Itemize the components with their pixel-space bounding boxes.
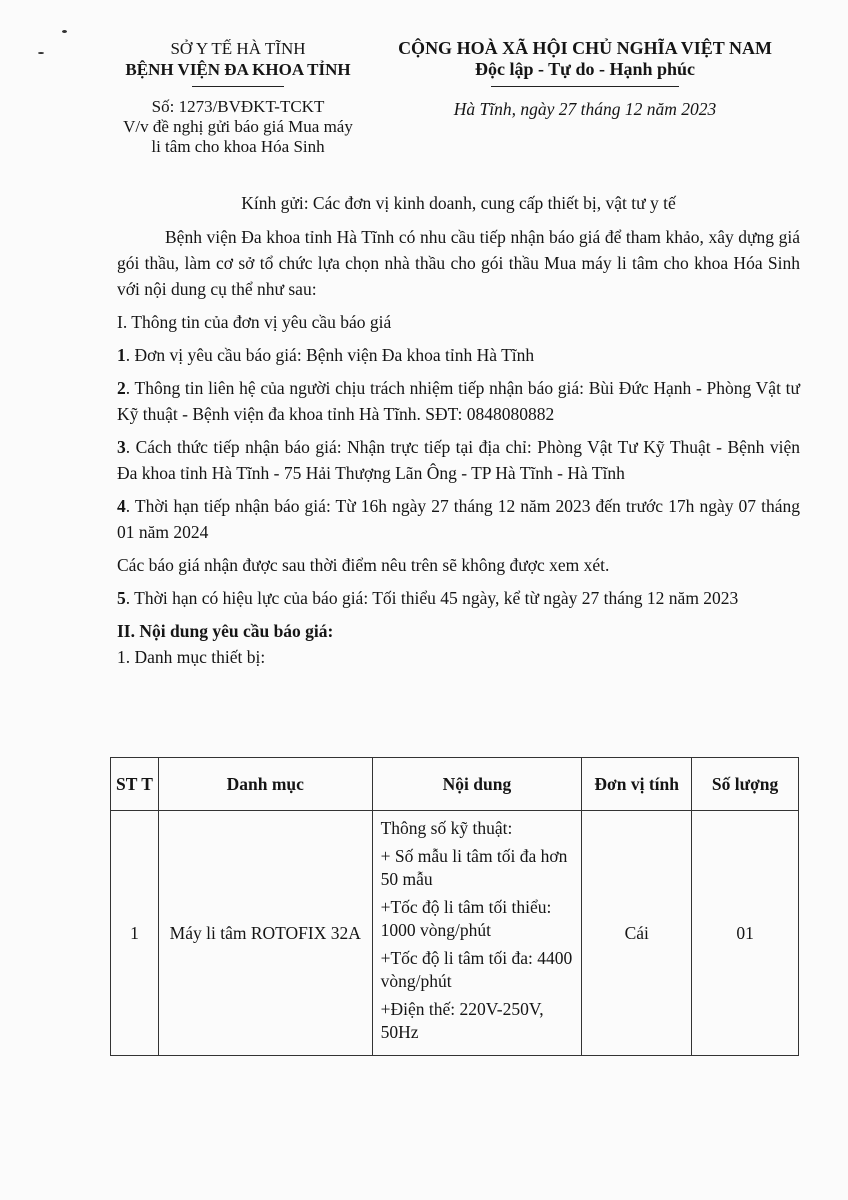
scan-speck <box>38 52 44 54</box>
document-page: SỞ Y TẾ HÀ TĨNH BỆNH VIỆN ĐA KHOA TỈNH S… <box>0 0 848 1200</box>
document-number: Số: 1273/BVĐKT-TCKT <box>108 97 368 117</box>
late-quote-note: Các báo giá nhận được sau thời điểm nêu … <box>117 552 800 578</box>
cell-category: Máy li tâm ROTOFIX 32A <box>158 811 372 1056</box>
national-header: CỘNG HOÀ XÃ HỘI CHỦ NGHĨA VIỆT NAM Độc l… <box>370 38 800 120</box>
document-body: Kính gửi: Các đơn vị kinh doanh, cung cấ… <box>117 190 800 670</box>
spec-line: +Tốc độ li tâm tối đa: 4400 vòng/phút <box>381 947 576 993</box>
hospital-name: BỆNH VIỆN ĐA KHOA TỈNH <box>108 59 368 80</box>
issuer-block: SỞ Y TẾ HÀ TĨNH BỆNH VIỆN ĐA KHOA TỈNH S… <box>108 38 368 157</box>
spec-line: Thông số kỹ thuật: <box>381 817 576 840</box>
subject-line-1: V/v đề nghị gửi báo giá Mua máy <box>108 117 368 137</box>
scan-speck <box>62 30 67 33</box>
spec-line: + Số mẫu li tâm tối đa hơn 50 mẫu <box>381 845 576 891</box>
nation-title: CỘNG HOÀ XÃ HỘI CHỦ NGHĨA VIỆT NAM <box>370 38 800 59</box>
header-unit: Đơn vị tính <box>582 758 692 811</box>
info-item-3: 3. Cách thức tiếp nhận báo giá: Nhận trự… <box>117 434 800 486</box>
info-item-2: 2. Thông tin liên hệ của người chịu trác… <box>117 375 800 427</box>
info-item-5: 5. Thời hạn có hiệu lực của báo giá: Tối… <box>117 585 800 611</box>
equipment-table: ST T Danh mục Nội dung Đơn vị tính Số lư… <box>110 757 799 1056</box>
motto-underline <box>491 86 679 87</box>
cell-stt: 1 <box>111 811 159 1056</box>
equipment-list-title: 1. Danh mục thiết bị: <box>117 644 800 670</box>
issuer-underline <box>192 86 284 87</box>
info-item-4: 4. Thời hạn tiếp nhận báo giá: Từ 16h ng… <box>117 493 800 545</box>
national-motto: Độc lập - Tự do - Hạnh phúc <box>370 59 800 80</box>
spec-line: +Tốc độ li tâm tối thiểu: 1000 vòng/phút <box>381 896 576 942</box>
cell-quantity: 01 <box>692 811 799 1056</box>
ministry-name: SỞ Y TẾ HÀ TĨNH <box>108 38 368 59</box>
section-2-title: II. Nội dung yêu cầu báo giá: <box>117 618 800 644</box>
header-category: Danh mục <box>158 758 372 811</box>
place-date: Hà Tĩnh, ngày 27 tháng 12 năm 2023 <box>370 99 800 120</box>
header-stt: ST T <box>111 758 159 811</box>
header-content: Nội dung <box>372 758 582 811</box>
salutation: Kính gửi: Các đơn vị kinh doanh, cung cấ… <box>117 190 800 216</box>
spec-line: +Điện thế: 220V-250V, 50Hz <box>381 998 576 1044</box>
table-header-row: ST T Danh mục Nội dung Đơn vị tính Số lư… <box>111 758 799 811</box>
cell-unit: Cái <box>582 811 692 1056</box>
intro-paragraph: Bệnh viện Đa khoa tỉnh Hà Tĩnh có nhu cầ… <box>117 224 800 302</box>
table-row: 1 Máy li tâm ROTOFIX 32A Thông số kỹ thu… <box>111 811 799 1056</box>
header-quantity: Số lượng <box>692 758 799 811</box>
subject-line-2: li tâm cho khoa Hóa Sinh <box>108 137 368 157</box>
section-1-title: I. Thông tin của đơn vị yêu cầu báo giá <box>117 309 800 335</box>
info-item-1: 1. Đơn vị yêu cầu báo giá: Bệnh viện Đa … <box>117 342 800 368</box>
cell-spec: Thông số kỹ thuật: + Số mẫu li tâm tối đ… <box>372 811 582 1056</box>
